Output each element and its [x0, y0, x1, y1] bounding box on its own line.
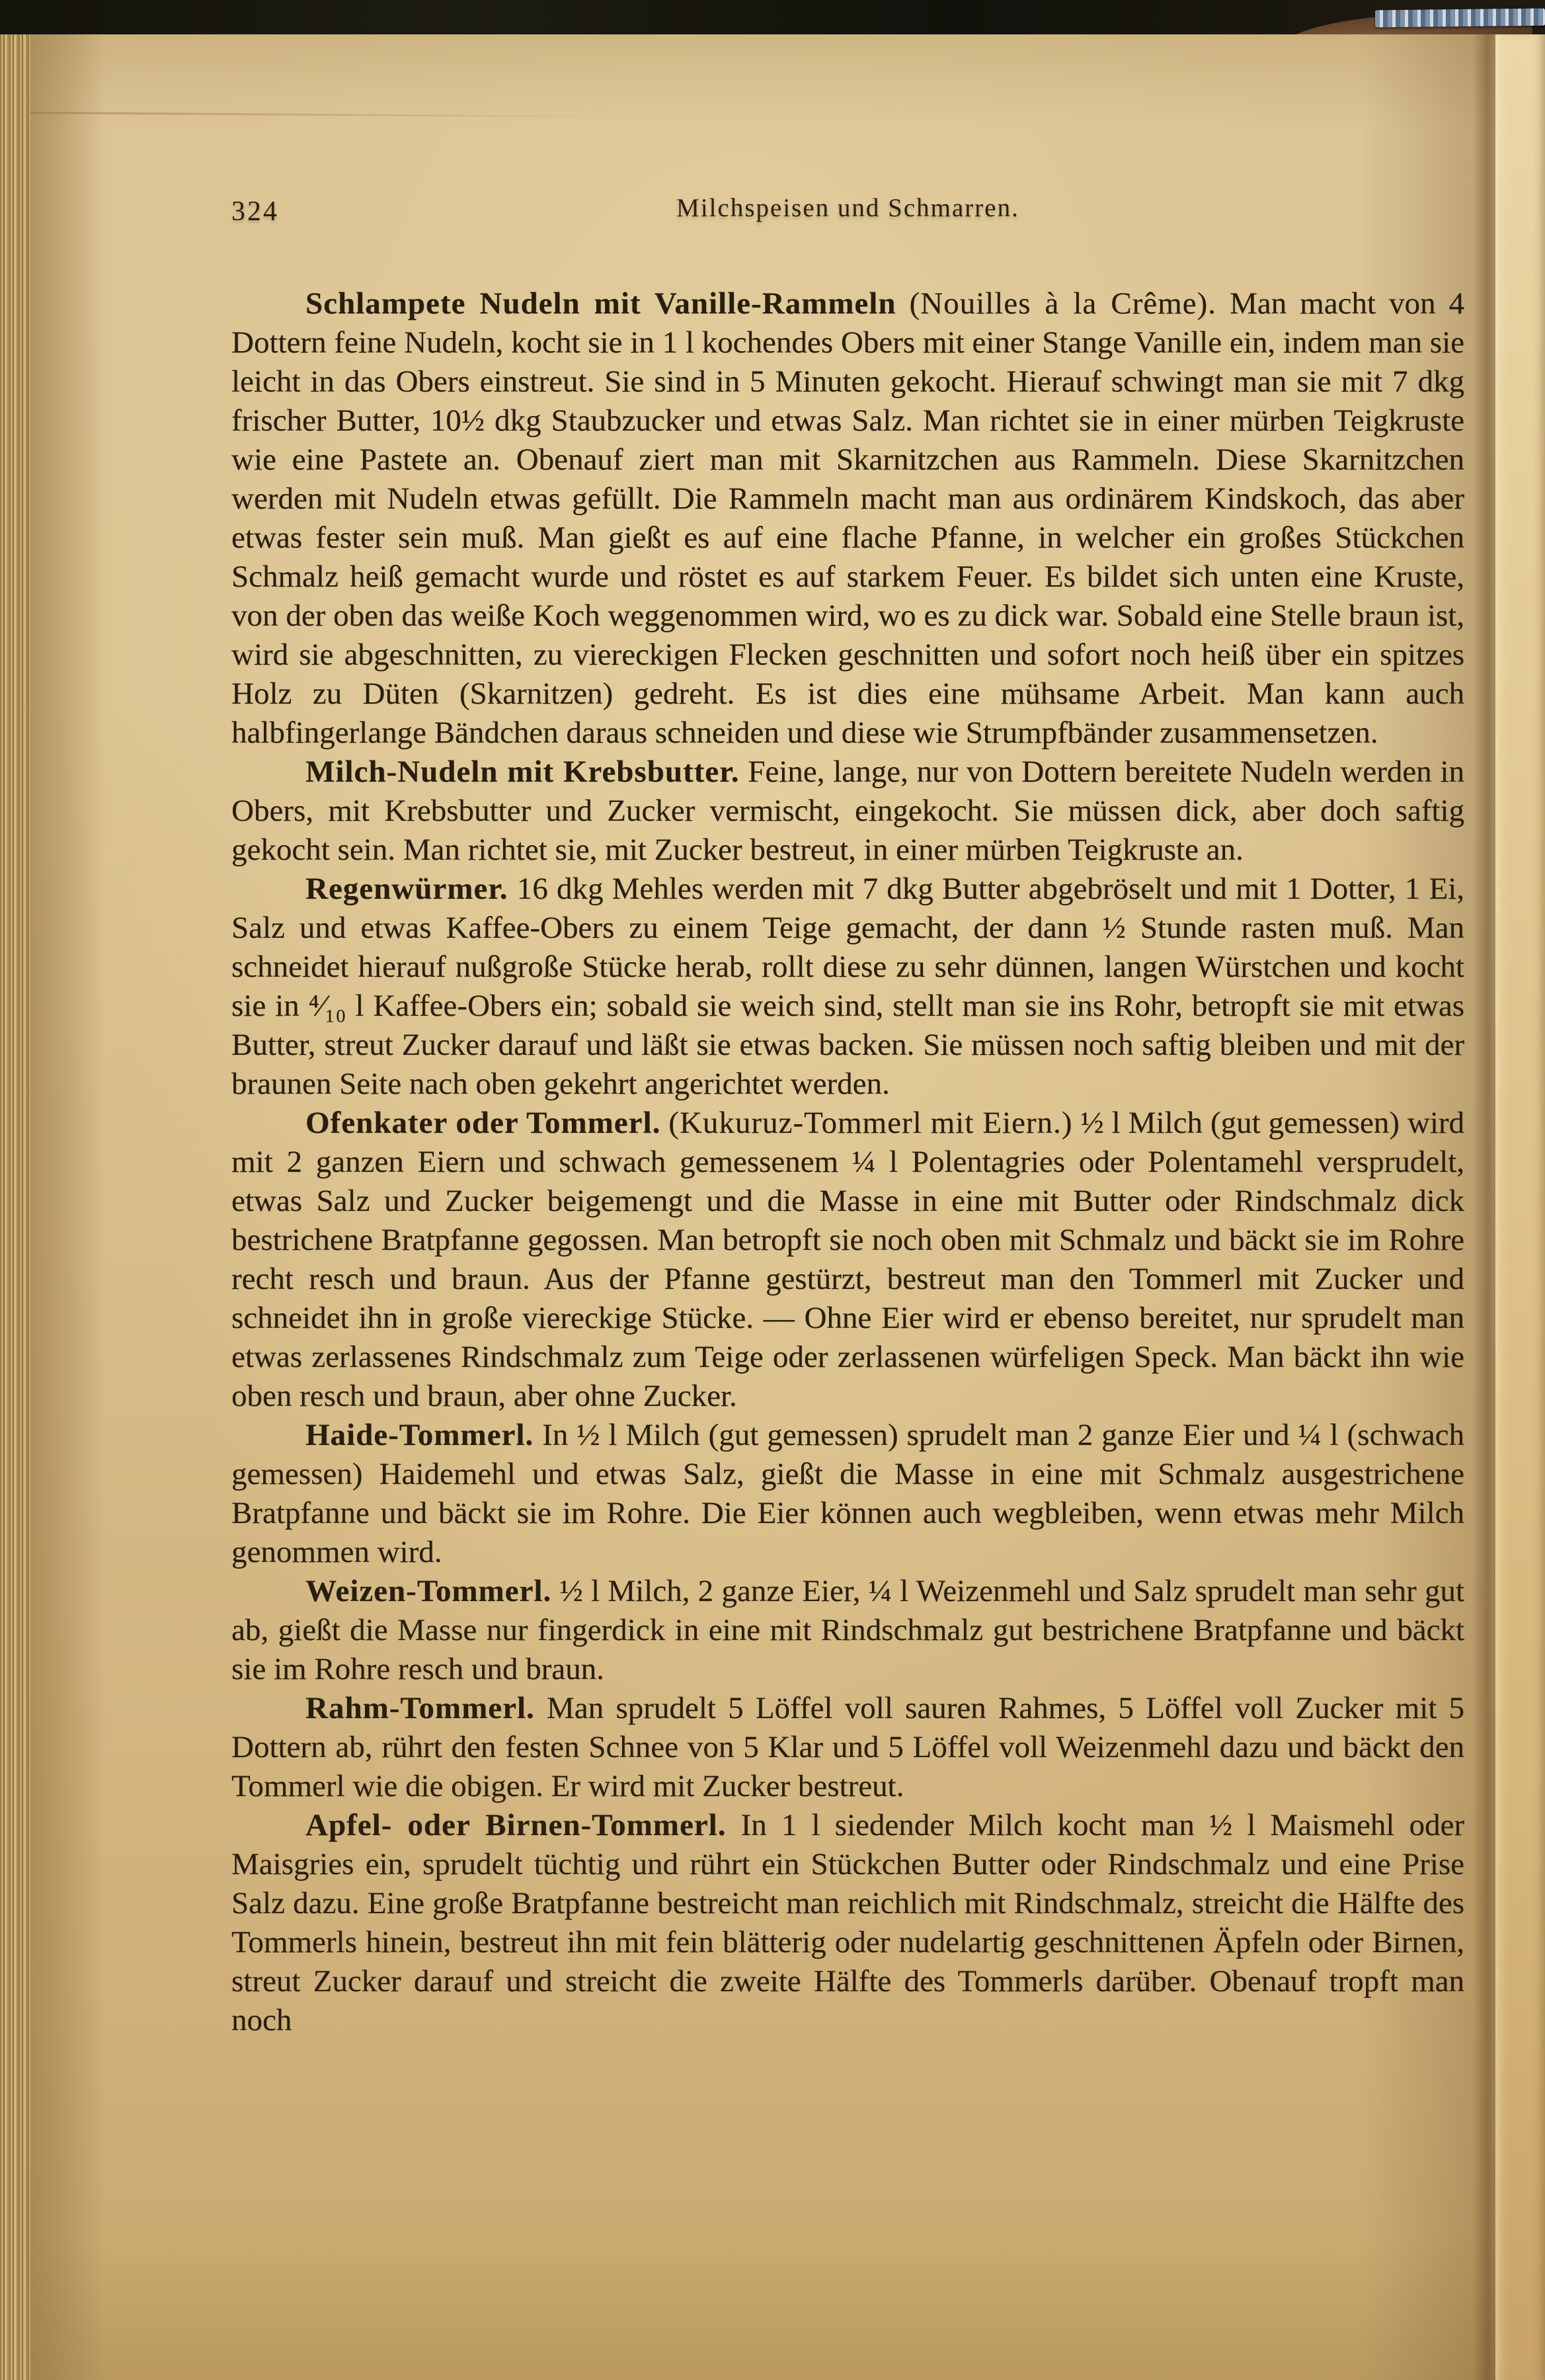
recipe-paragraph: Regenwürmer. 16 dkg Mehles werden mit 7 …: [231, 870, 1464, 1104]
recipe-title: Haide-Tommerl.: [305, 1418, 534, 1452]
running-header: Milchspeisen und Schmarren.: [231, 193, 1464, 223]
recipe-title: Weizen-Tommerl.: [305, 1574, 551, 1608]
recipe-body: 16 dkg Mehles werden mit 7 dkg Butter ab…: [231, 872, 1464, 1101]
page-header: 324 Milchspeisen und Schmarren.: [231, 193, 1464, 233]
recipe-paragraph: Schlampete Nudeln mit Vanille-Rammeln (N…: [231, 284, 1464, 753]
recipe-title: Schlampete Nudeln mit Vanille-Rammeln: [305, 286, 896, 321]
recipe-body: In 1 l siedender Milch kocht man ½ l Mai…: [231, 1808, 1464, 2037]
recipe-paragraph: Apfel- oder Birnen-Tommerl. In 1 l siede…: [231, 1806, 1464, 2040]
book-headband: [1375, 9, 1545, 28]
recipe-title: Rahm-Tommerl.: [305, 1691, 535, 1725]
recipe-subtitle: (Kukuruz-Tommerl mit Eiern.): [668, 1106, 1072, 1140]
next-page-edge: [1495, 34, 1545, 2380]
recipe-subtitle: (Nouilles à la Crême).: [910, 286, 1216, 321]
recipe-paragraph: Weizen-Tommerl. ½ l Milch, 2 ganze Eier,…: [231, 1572, 1464, 1689]
book-scan: 324 Milchspeisen und Schmarren. Schlampe…: [0, 0, 1545, 2380]
recipe-body: Man macht von 4 Dottern feine Nudeln, ko…: [231, 286, 1464, 750]
recipe-paragraph: Ofenkater oder Tommerl. (Kukuruz-Tommerl…: [231, 1104, 1464, 1416]
book-fore-edge: [0, 34, 30, 2380]
recipe-title: Regenwürmer.: [305, 872, 508, 906]
recipe-body: ½ l Milch (gut gemessen) wird mit 2 ganz…: [231, 1106, 1464, 1413]
recipe-paragraph: Rahm-Tommerl. Man sprudelt 5 Löffel voll…: [231, 1689, 1464, 1806]
page-fold: [1473, 34, 1495, 2380]
book-page: 324 Milchspeisen und Schmarren. Schlampe…: [0, 34, 1545, 2380]
recipe-text-block: Schlampete Nudeln mit Vanille-Rammeln (N…: [231, 284, 1464, 2040]
recipe-title: Apfel- oder Birnen-Tommerl.: [305, 1808, 726, 1842]
recipe-paragraph: Milch-Nudeln mit Krebsbutter. Feine, lan…: [231, 753, 1464, 870]
recipe-paragraph: Haide-Tommerl. In ½ l Milch (gut gemesse…: [231, 1416, 1464, 1572]
recipe-title: Milch-Nudeln mit Krebsbutter.: [305, 755, 739, 789]
fore-edge-shadow: [30, 34, 103, 2380]
recipe-title: Ofenkater oder Tommerl.: [305, 1106, 660, 1140]
